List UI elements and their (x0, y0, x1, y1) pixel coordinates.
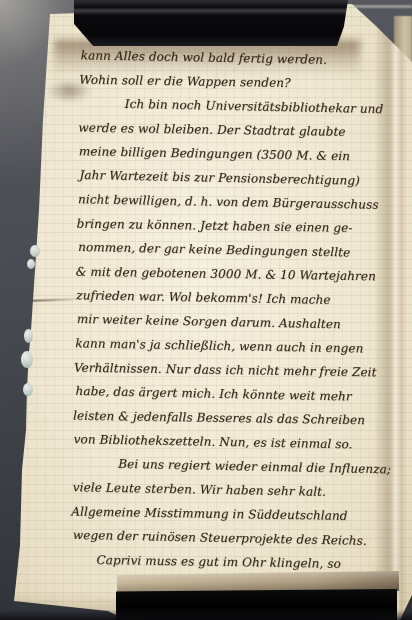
binding-remnant-blob (24, 329, 33, 343)
binding-remnant-blob (27, 259, 35, 269)
top-clamp-bar (74, 0, 348, 46)
floor-shadow (0, 610, 412, 620)
manuscript-line: & mit den gebotenen 3000 M. & 10 Warteja… (75, 260, 381, 289)
handwritten-text-block: kann Alles doch wol bald fertig werden. … (71, 43, 387, 577)
binding-remnant-blob (21, 351, 33, 368)
binding-remnant-blob (30, 245, 40, 257)
manuscript-line: leisten & jedenfalls Besseres als das Sc… (73, 404, 379, 433)
left-horizontal-crease (30, 298, 78, 302)
manuscript-line: werde es wol bleiben. Der Stadtrat glaub… (78, 116, 384, 145)
manuscript-photo: kann Alles doch wol bald fertig werden. … (0, 0, 412, 620)
binding-remnant-blob (23, 383, 33, 396)
